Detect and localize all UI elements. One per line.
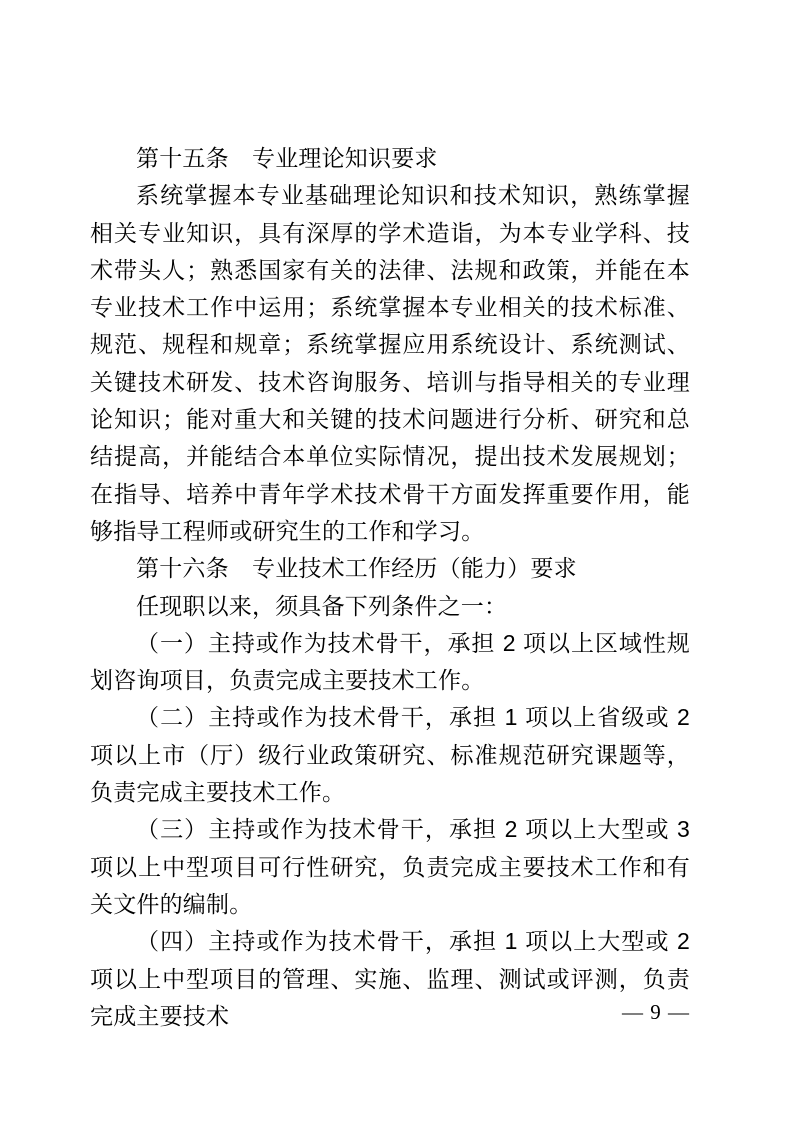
document-text-block: 第十五条 专业理论知识要求 系统掌握本专业基础理论知识和技术知识，熟练掌握相关专…	[90, 140, 690, 1035]
paragraph: 系统掌握本专业基础理论知识和技术知识，熟练掌握相关专业知识，具有深厚的学术造诣，…	[90, 177, 690, 550]
paragraph: 任现职以来，须具备下列条件之一：	[90, 588, 690, 625]
list-item-paragraph: （二）主持或作为技术骨干，承担 1 项以上省级或 2 项以上市（厅）级行业政策研…	[90, 699, 690, 811]
article-heading: 第十五条 专业理论知识要求	[90, 140, 690, 177]
page-number: — 9 —	[622, 1000, 690, 1025]
list-item-paragraph: （一）主持或作为技术骨干，承担 2 项以上区域性规划咨询项目，负责完成主要技术工…	[90, 625, 690, 700]
document-page: 第十五条 专业理论知识要求 系统掌握本专业基础理论知识和技术知识，熟练掌握相关专…	[0, 0, 793, 1122]
article-heading: 第十六条 专业技术工作经历（能力）要求	[90, 550, 690, 587]
list-item-paragraph: （四）主持或作为技术骨干，承担 1 项以上大型或 2 项以上中型项目的管理、实施…	[90, 923, 690, 1035]
list-item-paragraph: （三）主持或作为技术骨干，承担 2 项以上大型或 3 项以上中型项目可行性研究，…	[90, 811, 690, 923]
